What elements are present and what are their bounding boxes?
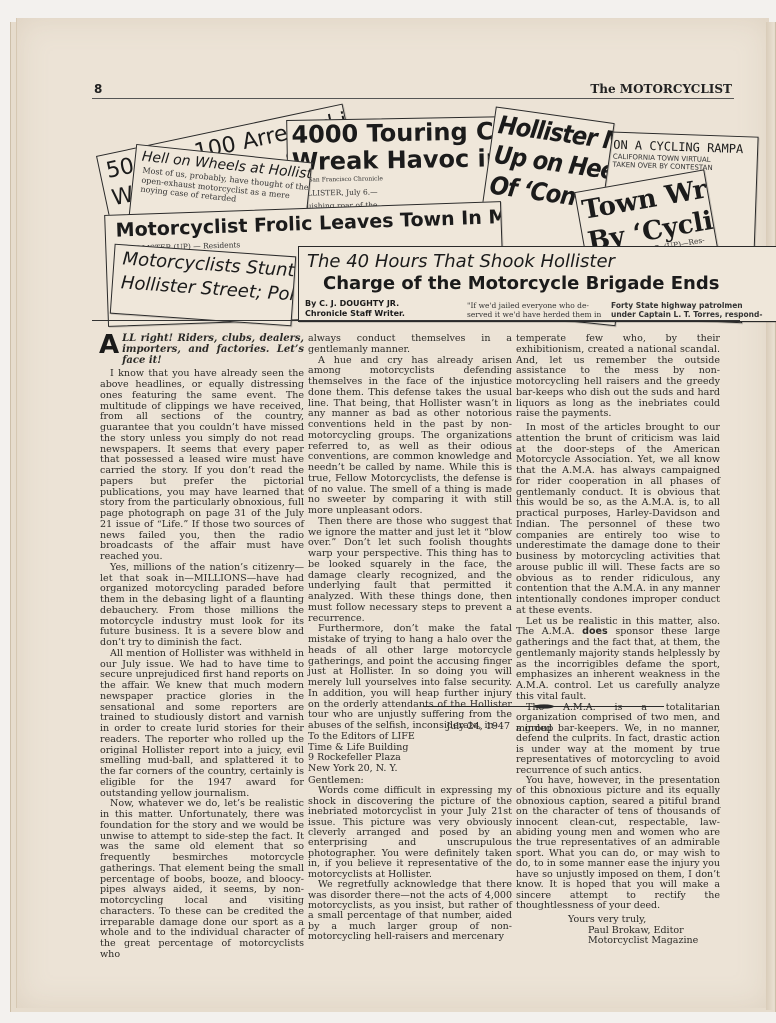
letter-to-life-right: minded bar-keepers. We, in no manner, de… [516, 724, 720, 947]
paragraph: temperate few who, by their exhibitionis… [516, 334, 720, 420]
paragraph: All mention of Hollister was withheld in… [100, 649, 304, 800]
article-column-2: always conduct themselves in a gentleman… [308, 334, 512, 732]
address-line: New York 20, N. Y. [308, 764, 512, 774]
clipping-text: Forty State highway patrolmen under Capt… [611, 301, 763, 319]
ornamental-divider [424, 703, 664, 711]
paragraph: Yes, millions of the nation’s citizenry—… [100, 563, 304, 649]
ornament-icon [534, 704, 554, 708]
clipping-headline: 4000 Touring Cyclis [287, 117, 512, 148]
paragraph: Words come difficult in expressing my sh… [308, 786, 512, 880]
clipping-text: "If we'd jailed everyone who de- served … [467, 301, 601, 319]
article-lead: ALL right! Riders, clubs, dealers, impor… [100, 334, 304, 366]
page-number: 8 [94, 82, 102, 96]
paragraph: You have, however, in the presentation o… [516, 776, 720, 911]
paragraph: We regretfully acknowledge that there wa… [308, 880, 512, 942]
article-column-3: temperate few who, by their exhibitionis… [516, 334, 720, 735]
page-edge [766, 22, 774, 1010]
paragraph: A hue and cry has already arisen among m… [308, 356, 512, 517]
article-column-1: ALL right! Riders, clubs, dealers, impor… [100, 334, 304, 961]
paragraph: always conduct themselves in a gentleman… [308, 334, 512, 356]
emphasis: does [582, 626, 608, 637]
section-rule [92, 320, 740, 321]
paragraph: Now, whatever we do, let’s be realistic … [100, 799, 304, 960]
paragraph: Then there are those who suggest that we… [308, 517, 512, 625]
signature-org: Motorcyclist Magazine [516, 936, 720, 946]
drop-cap: A [99, 334, 119, 356]
paragraph: Let us be realistic in this matter, also… [516, 617, 720, 703]
paragraph: In most of the articles brought to our a… [516, 423, 720, 617]
clipping-headline: Charge of the Motorcycle Brigade Ends [299, 273, 776, 295]
headline-collage: 50 H’rt, 100 Arrested in Wild’ Motorbike… [92, 108, 742, 320]
letter-to-life-left: July 24, 1947 To the Editors of LIFE Tim… [308, 722, 512, 943]
magazine-title: The MOTORCYCLIST [590, 82, 732, 96]
clipping-headline: The 40 Hours That Shook Hollister [299, 247, 776, 273]
clipping-stunt-on-street: Motorcyclists Stunt on Hollister Street;… [110, 244, 296, 327]
clipping-40-hours: The 40 Hours That Shook Hollister Charge… [298, 246, 776, 322]
clipping-headline: Wreak Havoc in Ho [288, 144, 513, 175]
clipping-byline: By C. J. DOUGHTY JR. Chronicle Staff Wri… [305, 299, 405, 318]
paragraph: minded bar-keepers. We, in no manner, de… [516, 724, 720, 776]
page-header: 8 The MOTORCYCLIST [92, 80, 734, 99]
paragraph: Furthermore, don’t make the fatal mistak… [308, 624, 512, 732]
paragraph: I know that you have already seen the ab… [100, 369, 304, 563]
